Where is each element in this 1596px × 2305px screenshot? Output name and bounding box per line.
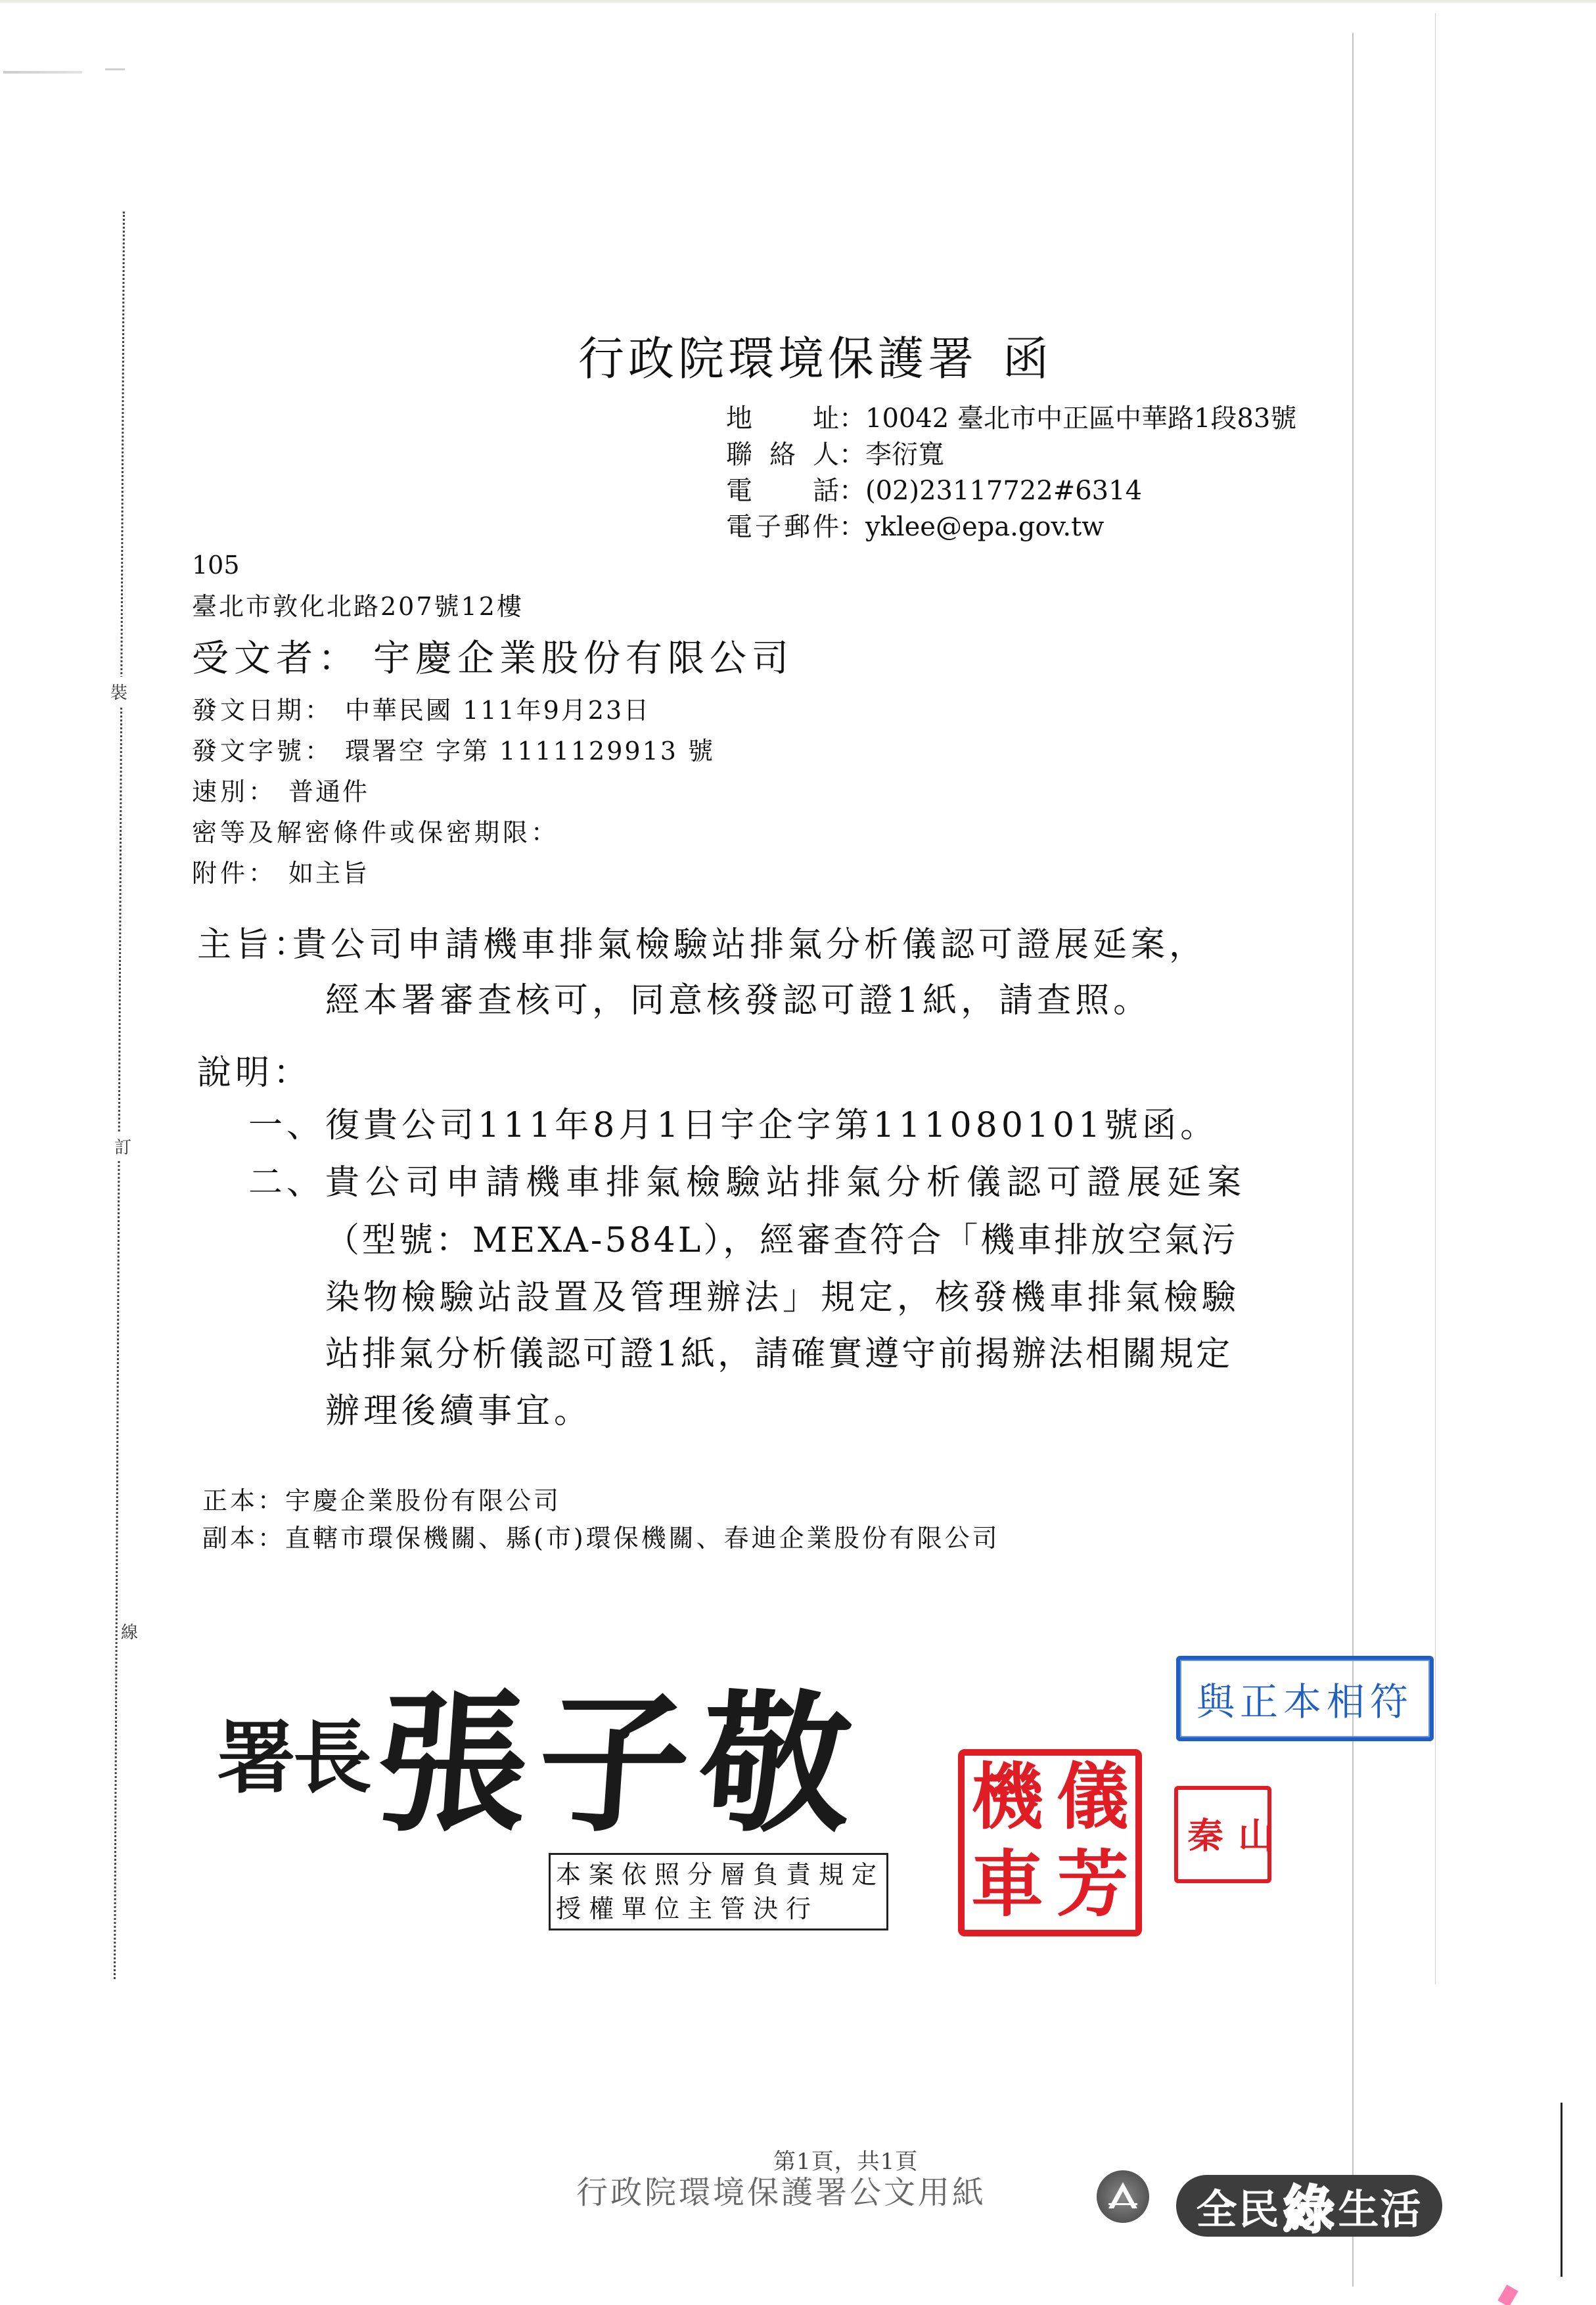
- signatory-title: 署長: [217, 1695, 369, 1808]
- document-type: 函: [1003, 332, 1053, 386]
- contact-address: 地 址：10042 臺北市中正區中華路1段83號: [726, 398, 1296, 435]
- scan-artifact: [105, 68, 125, 70]
- subject-line-2: 經本署審查核可，同意核發認可證1紙，請查照。: [325, 972, 1151, 1022]
- document-number: 發文字號：環署空 字第 1111129913 號: [192, 731, 715, 767]
- delegation-box: 本案依照分層負責規定 授權單位主管決行: [549, 1853, 888, 1930]
- explanation-item-2-line-5: 辦理後續事宜。: [325, 1383, 592, 1432]
- scan-edge: [0, 0, 1596, 3]
- recipient-address: 臺北市敦化北路207號12樓: [192, 586, 524, 622]
- explanation-item-2-line-4: 站排氣分析儀認可證1紙，請確實遵守前揭辦法相關規定: [325, 1326, 1233, 1375]
- scan-artifact: [3, 71, 82, 74]
- copy-recipients: 副本：直轄市環保機關、縣(市)環保機關、春迪企業股份有限公司: [202, 1518, 1000, 1554]
- red-seal-large: 機 儀 車 芳: [958, 1749, 1142, 1936]
- contact-person: 聯 絡 人：李衍寬: [726, 434, 944, 471]
- issue-date: 發文日期：中華民國 111年9月23日: [192, 690, 650, 726]
- scan-fold-line: [1435, 13, 1436, 1984]
- explanation-label: 說明：: [197, 1045, 311, 1094]
- scan-fold-line: [1352, 33, 1354, 2287]
- signatory-name: 張子敬: [370, 1643, 870, 1860]
- epa-logo-icon: [1097, 2170, 1149, 2223]
- explanation-item-2-line-1: 貴公司申請機車排氣檢驗站排氣分析儀認可證展延案: [325, 1154, 1247, 1204]
- binding-mark-xian: 線: [121, 1616, 138, 1646]
- agency-name: 行政院環境保護署: [578, 332, 978, 386]
- recipient: 受文者：宇慶企業股份有限公司: [192, 629, 794, 682]
- contact-phone: 電 話：(02)23117722#6314: [726, 470, 1142, 507]
- original-recipient: 正本：宇慶企業股份有限公司: [202, 1480, 561, 1517]
- mountain-icon: [1103, 2177, 1143, 2216]
- contact-email: 電子郵件：yklee@epa.gov.tw: [726, 506, 1104, 543]
- explanation-item-2-line-3: 染物檢驗站設置及管理辦法」規定，核發機車排氣檢驗: [325, 1269, 1240, 1319]
- page-edge: [1561, 2103, 1562, 2277]
- explanation-item-1: 復貴公司111年8月1日宇企字第111080101號函。: [325, 1097, 1218, 1147]
- subject-line-1: 貴公司申請機車排氣檢驗站排氣分析儀認可證展延案，: [292, 917, 1207, 966]
- green-living-slogan: 全民綠生活: [1176, 2175, 1442, 2237]
- priority: 速別：普通件: [192, 771, 369, 808]
- explanation-item-2-line-2: （型號：MEXA-584L），經審查符合「機車排放空氣污: [325, 1212, 1238, 1262]
- explanation-item-2-marker: 二、: [248, 1154, 325, 1204]
- binding-mark-ding: 訂: [114, 1131, 131, 1161]
- recipient-postcode: 105: [192, 551, 240, 580]
- recipient-name: 宇慶企業股份有限公司: [373, 637, 794, 680]
- scan-artifact: [1497, 2285, 1518, 2305]
- document-title: 行政院環境保護署函: [578, 322, 1053, 388]
- official-paper-label: 行政院環境保護署公文用紙: [576, 2167, 986, 2212]
- explanation-item-1-marker: 一、: [248, 1097, 325, 1147]
- red-seal-small: 秦 山: [1174, 1786, 1271, 1883]
- binding-line: [114, 212, 125, 1979]
- confidentiality: 密等及解密條件或保密期限：: [192, 812, 571, 848]
- binding-mark-zhuang: 裝: [110, 677, 127, 706]
- certified-copy-stamp: 與正本相符: [1176, 1656, 1434, 1741]
- attachment: 附件：如主旨: [192, 853, 369, 889]
